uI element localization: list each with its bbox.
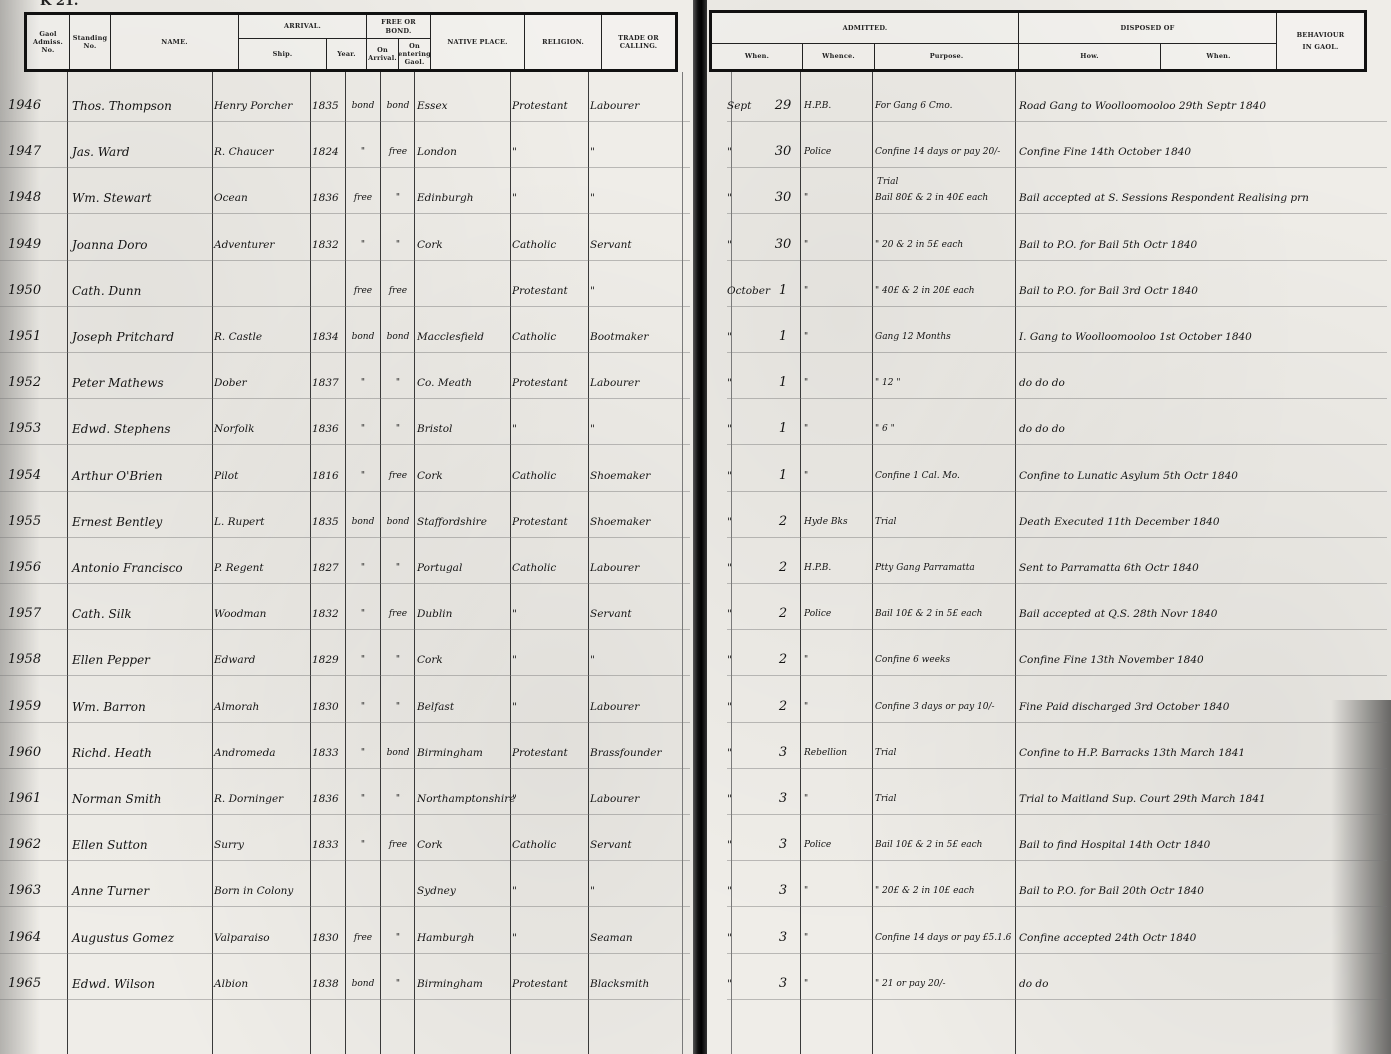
header-arrival: ARRIVAL. <box>239 15 367 39</box>
cell-whence: " <box>804 692 870 722</box>
cell-name: Cath. Silk <box>72 599 208 629</box>
header-in-gaol: IN GAOL. <box>1303 43 1339 51</box>
cell-gaol: free <box>382 276 414 306</box>
row-rule <box>0 906 690 907</box>
cell-native: Edinburgh <box>417 183 509 213</box>
cell-year: 1830 <box>312 923 344 953</box>
cell-day: 3 <box>769 876 797 906</box>
row-rule <box>0 398 690 399</box>
cell-month: " <box>727 738 769 768</box>
cell-day: 3 <box>769 969 797 999</box>
cell-how: Bail to P.O. for Bail 5th Octr 1840 <box>1019 230 1379 260</box>
row-rule <box>727 306 1387 307</box>
cell-name: Edwd. Wilson <box>72 969 208 999</box>
cell-arr: bond <box>347 91 379 121</box>
cell-native: Cork <box>417 461 509 491</box>
header-disposed-when: When. <box>1161 44 1277 69</box>
row-rule <box>727 121 1387 122</box>
cell-day: 3 <box>769 784 797 814</box>
row-rule <box>0 999 690 1000</box>
right-register-row: "2PoliceBail 10£ & 2 in 5£ eachBail acce… <box>707 599 1391 629</box>
cell-ship: Born in Colony <box>214 876 308 906</box>
left-register-row: 1957Cath. SilkWoodman1832"freeDublin"Ser… <box>0 599 693 629</box>
cell-how: I. Gang to Woolloomooloo 1st October 184… <box>1019 322 1379 352</box>
row-rule <box>727 167 1387 168</box>
cell-no: 1949 <box>8 230 60 260</box>
cell-religion: Catholic <box>512 322 586 352</box>
right-register-row: "3"Confine 14 days or pay £5.1.6Confine … <box>707 923 1391 953</box>
cell-day: 1 <box>769 368 797 398</box>
cell-native: Hamburgh <box>417 923 509 953</box>
cell-religion: Catholic <box>512 230 586 260</box>
cell-ship: R. Chaucer <box>214 137 308 167</box>
cell-month: " <box>727 368 769 398</box>
row-rule <box>727 398 1387 399</box>
cell-religion: " <box>512 876 586 906</box>
left-header: Gaol Admiss. No. Standing No. NAME. ARRI… <box>24 12 678 72</box>
row-rule <box>0 768 690 769</box>
cell-how: do do do <box>1019 368 1379 398</box>
cell-trade: " <box>590 876 680 906</box>
row-rule <box>727 999 1387 1000</box>
cell-no: 1963 <box>8 876 60 906</box>
cell-arr: " <box>347 830 379 860</box>
row-rule <box>0 352 690 353</box>
cell-purpose: Confine 14 days or pay 20/- <box>875 137 1015 167</box>
cell-note: Trial <box>877 177 898 187</box>
cell-religion: Catholic <box>512 553 586 583</box>
left-register-row: 1955Ernest BentleyL. Rupert1835bondbondS… <box>0 507 693 537</box>
cell-no: 1962 <box>8 830 60 860</box>
cell-day: 1 <box>769 414 797 444</box>
page-code: K 21. <box>40 0 78 9</box>
cell-how: Confine Fine 13th November 1840 <box>1019 645 1379 675</box>
cell-no: 1960 <box>8 738 60 768</box>
cell-day: 3 <box>769 738 797 768</box>
row-rule <box>727 260 1387 261</box>
cell-ship: Ocean <box>214 183 308 213</box>
cell-religion: Protestant <box>512 738 586 768</box>
cell-no: 1954 <box>8 461 60 491</box>
cell-month: Sept <box>727 91 769 121</box>
cell-native: Cork <box>417 230 509 260</box>
cell-gaol: " <box>382 368 414 398</box>
cell-name: Joseph Pritchard <box>72 322 208 352</box>
cell-how: do do do <box>1019 414 1379 444</box>
cell-month: " <box>727 599 769 629</box>
cell-trade: Brassfounder <box>590 738 680 768</box>
right-register-row: "3"TrialTrial to Maitland Sup. Court 29t… <box>707 784 1391 814</box>
cell-name: Wm. Barron <box>72 692 208 722</box>
right-register-row: "30PoliceConfine 14 days or pay 20/-Conf… <box>707 137 1391 167</box>
cell-native: Belfast <box>417 692 509 722</box>
cell-arr: " <box>347 692 379 722</box>
cell-year: 1835 <box>312 91 344 121</box>
header-year: Year. <box>327 39 367 69</box>
cell-how: Road Gang to Woolloomooloo 29th Septr 18… <box>1019 91 1379 121</box>
right-register-row: "1"Gang 12 MonthsI. Gang to Woolloomoolo… <box>707 322 1391 352</box>
cell-month: " <box>727 876 769 906</box>
cell-purpose: Bail 10£ & 2 in 5£ each <box>875 830 1015 860</box>
cell-year: 1830 <box>312 692 344 722</box>
cell-year: 1829 <box>312 645 344 675</box>
row-rule <box>0 537 690 538</box>
cell-year: 1836 <box>312 183 344 213</box>
cell-whence: Police <box>804 137 870 167</box>
cell-arr: " <box>347 738 379 768</box>
cell-trade: Seaman <box>590 923 680 953</box>
header-standing-no: Standing No. <box>70 15 111 69</box>
cell-religion: " <box>512 183 586 213</box>
cell-name: Peter Mathews <box>72 368 208 398</box>
row-rule <box>727 352 1387 353</box>
cell-trade: Labourer <box>590 553 680 583</box>
cell-whence: " <box>804 645 870 675</box>
left-register-row: 1963Anne TurnerBorn in ColonySydney"" <box>0 876 693 906</box>
cell-ship: R. Dorninger <box>214 784 308 814</box>
cell-religion: " <box>512 414 586 444</box>
cell-gaol: " <box>382 553 414 583</box>
cell-native: Dublin <box>417 599 509 629</box>
left-register-row: 1951Joseph PritchardR. Castle1834bondbon… <box>0 322 693 352</box>
cell-native: Portugal <box>417 553 509 583</box>
cell-arr: bond <box>347 322 379 352</box>
cell-month: " <box>727 230 769 260</box>
row-rule <box>727 213 1387 214</box>
row-rule <box>0 491 690 492</box>
cell-gaol: " <box>382 969 414 999</box>
cell-native: Birmingham <box>417 738 509 768</box>
cell-whence: " <box>804 183 870 213</box>
cell-ship: Valparaiso <box>214 923 308 953</box>
row-rule <box>0 675 690 676</box>
right-page: ADMITTED. When. Whence. Purpose. DISPOSE… <box>707 0 1391 1054</box>
row-rule <box>0 167 690 168</box>
cell-gaol: free <box>382 599 414 629</box>
book-gutter <box>693 0 707 1054</box>
cell-trade: " <box>590 645 680 675</box>
row-rule <box>727 953 1387 954</box>
right-register-row: "30"" 20 & 2 in 5£ eachBail to P.O. for … <box>707 230 1391 260</box>
cell-day: 1 <box>769 276 797 306</box>
cell-arr: " <box>347 368 379 398</box>
cell-purpose: Confine 3 days or pay 10/- <box>875 692 1015 722</box>
cell-year: 1827 <box>312 553 344 583</box>
cell-no: 1951 <box>8 322 60 352</box>
cell-name: Arthur O'Brien <box>72 461 208 491</box>
cell-gaol: bond <box>382 91 414 121</box>
cell-month: " <box>727 183 769 213</box>
row-rule <box>0 722 690 723</box>
cell-whence: " <box>804 923 870 953</box>
cell-whence: " <box>804 784 870 814</box>
cell-gaol: " <box>382 692 414 722</box>
row-rule <box>0 260 690 261</box>
cell-gaol: " <box>382 923 414 953</box>
cell-arr: " <box>347 230 379 260</box>
header-on-entering-gaol: On entering Gaol. <box>399 39 431 69</box>
cell-purpose: For Gang 6 Cmo. <box>875 91 1015 121</box>
cell-how: Confine Fine 14th October 1840 <box>1019 137 1379 167</box>
right-register-row: "3PoliceBail 10£ & 2 in 5£ eachBail to f… <box>707 830 1391 860</box>
left-register-row: 1960Richd. HeathAndromeda1833"bondBirmin… <box>0 738 693 768</box>
cell-trade: Servant <box>590 830 680 860</box>
cell-religion: " <box>512 923 586 953</box>
cell-how: Death Executed 11th December 1840 <box>1019 507 1379 537</box>
cell-purpose: " 20 & 2 in 5£ each <box>875 230 1015 260</box>
cell-purpose: Trial <box>875 738 1015 768</box>
cell-how: Sent to Parramatta 6th Octr 1840 <box>1019 553 1379 583</box>
right-register-row: "3"" 21 or pay 20/-do do <box>707 969 1391 999</box>
right-register-row: "1"Confine 1 Cal. Mo.Confine to Lunatic … <box>707 461 1391 491</box>
cell-name: Edwd. Stephens <box>72 414 208 444</box>
cell-no: 1961 <box>8 784 60 814</box>
cell-month: " <box>727 507 769 537</box>
cell-arr: " <box>347 784 379 814</box>
cell-purpose: " 20£ & 2 in 10£ each <box>875 876 1015 906</box>
cell-whence: H.P.B. <box>804 553 870 583</box>
left-register-row: 1949Joanna DoroAdventurer1832""CorkCatho… <box>0 230 693 260</box>
header-free-or-bond: FREE or BOND. <box>367 15 431 39</box>
right-header: ADMITTED. When. Whence. Purpose. DISPOSE… <box>709 10 1367 72</box>
cell-ship: Almorah <box>214 692 308 722</box>
cell-year: 1824 <box>312 137 344 167</box>
header-name: NAME. <box>111 15 239 69</box>
cell-year: 1832 <box>312 599 344 629</box>
right-register-row: "2"Confine 6 weeksConfine Fine 13th Nove… <box>707 645 1391 675</box>
cell-no: 1953 <box>8 414 60 444</box>
header-gaol-admission-no: Gaol Admiss. No. <box>27 15 70 69</box>
cell-purpose: Confine 14 days or pay £5.1.6 <box>875 923 1015 953</box>
row-rule <box>727 629 1387 630</box>
cell-gaol: " <box>382 230 414 260</box>
cell-native: Sydney <box>417 876 509 906</box>
right-register-row: "1"" 12 "do do do <box>707 368 1391 398</box>
right-register-row: Sept29H.P.B.For Gang 6 Cmo.Road Gang to … <box>707 91 1391 121</box>
cell-no: 1952 <box>8 368 60 398</box>
cell-how: Bail to P.O. for Bail 3rd Octr 1840 <box>1019 276 1379 306</box>
cell-how: Fine Paid discharged 3rd October 1840 <box>1019 692 1379 722</box>
cell-ship: P. Regent <box>214 553 308 583</box>
cell-day: 29 <box>769 91 797 121</box>
cell-whence: " <box>804 276 870 306</box>
cell-ship: Norfolk <box>214 414 308 444</box>
cell-month: " <box>727 692 769 722</box>
cell-how: Trial to Maitland Sup. Court 29th March … <box>1019 784 1379 814</box>
row-rule <box>0 629 690 630</box>
left-register-row: 1953Edwd. StephensNorfolk1836""Bristol"" <box>0 414 693 444</box>
cell-name: Thos. Thompson <box>72 91 208 121</box>
header-purpose: Purpose. <box>875 44 1019 69</box>
cell-purpose: Trial <box>875 507 1015 537</box>
cell-day: 1 <box>769 322 797 352</box>
cell-trade: Servant <box>590 230 680 260</box>
cell-arr: " <box>347 645 379 675</box>
left-register-row: 1947Jas. WardR. Chaucer1824"freeLondon"" <box>0 137 693 167</box>
cell-purpose: " 40£ & 2 in 20£ each <box>875 276 1015 306</box>
cell-ship: Adventurer <box>214 230 308 260</box>
cell-ship: Woodman <box>214 599 308 629</box>
cell-year: 1833 <box>312 830 344 860</box>
cell-year: 1836 <box>312 414 344 444</box>
cell-day: 2 <box>769 692 797 722</box>
cell-no: 1950 <box>8 276 60 306</box>
cell-year: 1832 <box>312 230 344 260</box>
left-register-row: 1961Norman SmithR. Dorninger1836""Northa… <box>0 784 693 814</box>
cell-arr: free <box>347 276 379 306</box>
cell-day: 30 <box>769 183 797 213</box>
cell-religion: " <box>512 645 586 675</box>
cell-arr: " <box>347 414 379 444</box>
cell-ship: R. Castle <box>214 322 308 352</box>
cell-purpose: Gang 12 Months <box>875 322 1015 352</box>
cell-arr: bond <box>347 507 379 537</box>
right-register-row: "30"Bail 80£ & 2 in 40£ eachBail accepte… <box>707 183 1391 213</box>
cell-arr: free <box>347 923 379 953</box>
cell-native: Co. Meath <box>417 368 509 398</box>
cell-name: Augustus Gomez <box>72 923 208 953</box>
cell-month: " <box>727 322 769 352</box>
cell-purpose: " 6 " <box>875 414 1015 444</box>
cell-gaol: " <box>382 784 414 814</box>
row-rule <box>0 583 690 584</box>
cell-purpose: Confine 6 weeks <box>875 645 1015 675</box>
cell-day: 2 <box>769 507 797 537</box>
right-register-row: "1"" 6 "do do do <box>707 414 1391 444</box>
row-rule <box>0 306 690 307</box>
cell-purpose: " 12 " <box>875 368 1015 398</box>
row-rule <box>0 814 690 815</box>
cell-trade: " <box>590 414 680 444</box>
row-rule <box>0 444 690 445</box>
cell-name: Wm. Stewart <box>72 183 208 213</box>
cell-month: " <box>727 137 769 167</box>
cell-day: 2 <box>769 553 797 583</box>
cell-ship: Edward <box>214 645 308 675</box>
cell-whence: " <box>804 414 870 444</box>
cell-ship: Pilot <box>214 461 308 491</box>
cell-native: London <box>417 137 509 167</box>
cell-native: Cork <box>417 830 509 860</box>
cell-religion: Protestant <box>512 969 586 999</box>
left-register-row: 1959Wm. BarronAlmorah1830""Belfast"Labou… <box>0 692 693 722</box>
cell-whence: " <box>804 230 870 260</box>
cell-whence: H.P.B. <box>804 91 870 121</box>
right-register-row: "3"" 20£ & 2 in 10£ eachBail to P.O. for… <box>707 876 1391 906</box>
cell-name: Cath. Dunn <box>72 276 208 306</box>
cell-arr: " <box>347 461 379 491</box>
cell-gaol: free <box>382 137 414 167</box>
cell-no: 1959 <box>8 692 60 722</box>
cell-whence: " <box>804 368 870 398</box>
cell-native: Essex <box>417 91 509 121</box>
left-register-row: 1946Thos. ThompsonHenry Porcher1835bondb… <box>0 91 693 121</box>
left-register-row: 1958Ellen PepperEdward1829""Cork"" <box>0 645 693 675</box>
cell-day: 2 <box>769 599 797 629</box>
row-rule <box>727 675 1387 676</box>
cell-native: Staffordshire <box>417 507 509 537</box>
right-register-row: "3RebellionTrialConfine to H.P. Barracks… <box>707 738 1391 768</box>
cell-name: Antonio Francisco <box>72 553 208 583</box>
row-rule <box>727 860 1387 861</box>
cell-trade: " <box>590 183 680 213</box>
cell-year: 1837 <box>312 368 344 398</box>
cell-no: 1948 <box>8 183 60 213</box>
cell-native: Birmingham <box>417 969 509 999</box>
cell-name: Richd. Heath <box>72 738 208 768</box>
cell-month: " <box>727 830 769 860</box>
cell-trade: Bootmaker <box>590 322 680 352</box>
cell-no: 1958 <box>8 645 60 675</box>
cell-how: Bail to P.O. for Bail 20th Octr 1840 <box>1019 876 1379 906</box>
right-register-row: "2"Confine 3 days or pay 10/-Fine Paid d… <box>707 692 1391 722</box>
right-register-row: "2H.P.B.Ptty Gang ParramattaSent to Parr… <box>707 553 1391 583</box>
left-register-row: 1962Ellen SuttonSurry1833"freeCorkCathol… <box>0 830 693 860</box>
cell-trade: " <box>590 137 680 167</box>
cell-day: 30 <box>769 230 797 260</box>
cell-purpose: Bail 80£ & 2 in 40£ each <box>875 183 1015 213</box>
cell-year: 1816 <box>312 461 344 491</box>
cell-religion: Protestant <box>512 91 586 121</box>
cell-no: 1947 <box>8 137 60 167</box>
left-register-row: 1965Edwd. WilsonAlbion1838bond"Birmingha… <box>0 969 693 999</box>
cell-ship: Dober <box>214 368 308 398</box>
left-register-row: 1964Augustus GomezValparaiso1830free"Ham… <box>0 923 693 953</box>
cell-ship: Henry Porcher <box>214 91 308 121</box>
cell-trade: Blacksmith <box>590 969 680 999</box>
cell-no: 1965 <box>8 969 60 999</box>
cell-ship: Albion <box>214 969 308 999</box>
header-how: How. <box>1019 44 1161 69</box>
cell-day: 3 <box>769 923 797 953</box>
cell-native: Northamptonshire <box>417 784 509 814</box>
cell-year: 1835 <box>312 507 344 537</box>
cell-whence: Police <box>804 830 870 860</box>
cell-how: Bail to find Hospital 14th Octr 1840 <box>1019 830 1379 860</box>
cell-day: 2 <box>769 645 797 675</box>
cell-religion: " <box>512 692 586 722</box>
row-rule <box>727 906 1387 907</box>
cell-no: 1946 <box>8 91 60 121</box>
cell-religion: Protestant <box>512 276 586 306</box>
cell-name: Ellen Sutton <box>72 830 208 860</box>
cell-religion: " <box>512 599 586 629</box>
header-on-arrival: On Arrival. <box>367 39 399 69</box>
row-rule <box>727 444 1387 445</box>
cell-whence: " <box>804 876 870 906</box>
cell-no: 1956 <box>8 553 60 583</box>
cell-whence: Rebellion <box>804 738 870 768</box>
cell-year: 1834 <box>312 322 344 352</box>
cell-ship: Andromeda <box>214 738 308 768</box>
cell-religion: " <box>512 784 586 814</box>
cell-whence: " <box>804 322 870 352</box>
cell-month: " <box>727 784 769 814</box>
cell-no: 1955 <box>8 507 60 537</box>
cell-religion: Catholic <box>512 461 586 491</box>
left-page: K 21. Gaol Admiss. No. Standing No. NAME… <box>0 0 693 1054</box>
cell-day: 3 <box>769 830 797 860</box>
row-rule <box>0 860 690 861</box>
cell-name: Ernest Bentley <box>72 507 208 537</box>
cell-how: do do <box>1019 969 1379 999</box>
cell-name: Norman Smith <box>72 784 208 814</box>
cell-ship: Surry <box>214 830 308 860</box>
row-rule <box>727 722 1387 723</box>
left-register-row: 1956Antonio FranciscoP. Regent1827""Port… <box>0 553 693 583</box>
cell-gaol: bond <box>382 738 414 768</box>
cell-trade: Shoemaker <box>590 507 680 537</box>
